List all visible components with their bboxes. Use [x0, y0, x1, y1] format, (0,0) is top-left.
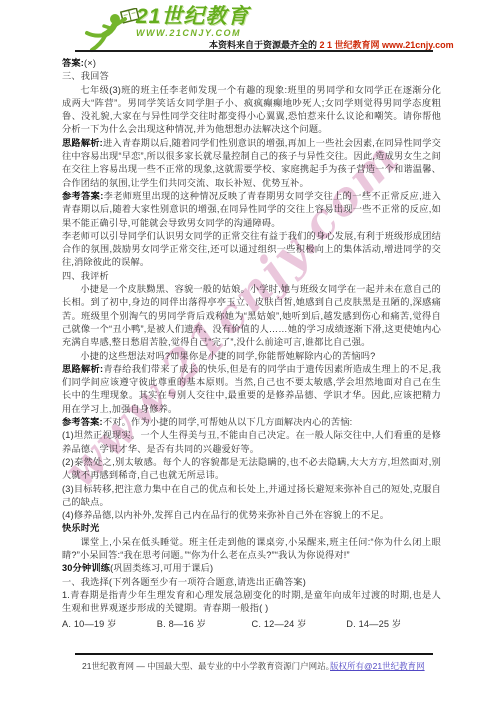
paragraph-text: (×) [84, 58, 96, 68]
paragraph-text: 一、我选择(下列各题至少有一项符合题意,请选出正确答案) [62, 577, 306, 587]
paragraph: 答案:(×) [62, 57, 441, 70]
paragraphs-host: 答案:(×)三、我回答七年级(3)班的班主任李老师发现一个有趣的现象:班里的男同… [62, 57, 441, 615]
paragraph-label: 参考答案: [62, 417, 103, 427]
paragraph: 思路解析:进入青春期以后,随着同学们性别意识的增强,再加上一些社会因素,在同异性… [62, 137, 441, 190]
paragraph-text: 四、我评析 [62, 271, 109, 281]
option-d: D. 14—25 岁 [346, 618, 441, 631]
footer-copyright-link[interactable]: 版权所有@21世纪教育网 [330, 660, 425, 672]
paragraph: 快乐时光 [62, 522, 441, 535]
document-body: 答案:(×)三、我回答七年级(3)班的班主任李老师发现一个有趣的现象:班里的男同… [62, 57, 441, 632]
paragraph: (2)泰然处之,别太敏感。每个人的容貌都是无法隐瞒的,也不必去隐瞒,大大方方,坦… [62, 456, 441, 483]
tagline-site-link[interactable]: 2 1 世纪教育网 www.21cnjy.com [320, 40, 454, 50]
paragraph-text: 青春给我们带来了成长的快乐,但是有的同学由于遗传因素所造成生理上的不足,我们同学… [62, 364, 441, 414]
paragraph: 1.青春期是指青少年生理发育和心理发展急剧变化的时期,是童年向成年过渡的时期,也… [62, 589, 441, 616]
paragraph: 参考答案:李老师班里出现的这种情况反映了青春期男女同学交往上的一些不正常反应,进… [62, 190, 441, 230]
paragraph: 30分钟训练(巩固类练习,可用于课后) [62, 562, 441, 575]
paragraph-label: 答案: [62, 58, 84, 68]
paragraph-label: 思路解析: [62, 364, 103, 374]
paragraph: (1)坦然正视现实。一个人生得美与丑,不能由自己决定。在一般人际交往中,人们看重… [62, 429, 441, 456]
paragraph-label: 参考答案: [62, 191, 104, 201]
paragraph-text: (1)坦然正视现实。一个人生得美与丑,不能由自己决定。在一般人际交往中,人们看重… [62, 430, 441, 453]
option-a: A. 10—19 岁 [62, 618, 157, 631]
paragraph: 思路解析:青春给我们带来了成长的快乐,但是有的同学由于遗传因素所造成生理上的不足… [62, 363, 441, 416]
option-b: B. 8—16 岁 [157, 618, 252, 631]
footer-site-info: 21世纪教育网 — 中国最大型、最专业的中小学教育资源门户网站。 [82, 660, 334, 672]
paragraph: (3)目标转移,把注意力集中在自己的优点和长处上,并通过扬长避短来弥补自己的短处… [62, 483, 441, 510]
choice-options-row: A. 10—19 岁 B. 8—16 岁 C. 12—24 岁 D. 14—25… [62, 618, 441, 631]
logo-text-block: 21世纪教育 www.21cnjy.com [136, 6, 249, 38]
paragraph: 课堂上,小呆在低头睡觉。班主任走到他的课桌旁,小呆醒来,班主任问:“你为什么闭上… [62, 536, 441, 563]
paragraph: 小捷是一个皮肤黝黑、容貌一般的姑娘。小学时,她与班级女同学在一起并未在意自己的长… [62, 283, 441, 349]
paragraph-text: 七年级(3)班的班主任李老师发现一个有趣的现象:班里的男同学和女同学正在逐渐分化… [62, 85, 441, 135]
paragraph-text: (2)泰然处之,别太敏感。每个人的容貌都是无法隐瞒的,也不必去隐瞒,大大方方,坦… [62, 457, 441, 480]
paragraph-text: 课堂上,小呆在低头睡觉。班主任走到他的课桌旁,小呆醒来,班主任问:“你为什么闭上… [62, 537, 441, 560]
paragraph-text: (4)修养品德,以内补外,发挥自己内在品行的优势来弥补自己外在容貌上的不足。 [62, 510, 389, 520]
paragraph-text: 不对。作为小捷的同学,可帮她从以下几方面解决内心的苦恼: [103, 417, 353, 427]
paragraph-text: 进入青春期以后,随着同学们性别意识的增强,再加上一些社会因素,在同异性同学交往中… [62, 138, 441, 188]
paragraph: 参考答案:不对。作为小捷的同学,可帮她从以下几方面解决内心的苦恼: [62, 416, 441, 429]
paragraph-text: 李老师班里出现的这种情况反映了青春期男女同学交往上的一些不正常反应,进入青春期以… [62, 191, 441, 228]
option-c: C. 12—24 岁 [252, 618, 347, 631]
header-divider [75, 50, 433, 52]
paragraph-label: 30分钟训练 [62, 563, 110, 573]
paragraph: 三、我回答 [62, 70, 441, 83]
paragraph-text: (3)目标转移,把注意力集中在自己的优点和长处上,并通过扬长避短来弥补自己的短处… [62, 484, 441, 507]
paragraph: 四、我评析 [62, 270, 441, 283]
paragraph-text: 小捷是一个皮肤黝黑、容貌一般的姑娘。小学时,她与班级女同学在一起并未在意自己的长… [62, 284, 441, 347]
paragraph-text: 小捷的这些想法对吗?如果你是小捷的同学,你能帮她解除内心的苦恼吗? [80, 351, 375, 361]
footer-divider [75, 653, 433, 655]
paragraph-text: 三、我回答 [62, 71, 109, 81]
logo-brand-text: 21世纪教育 [136, 6, 249, 28]
paragraph-text: 1.青春期是指青少年生理发育和心理发展急剧变化的时期,是童年向成年过渡的时期,也… [62, 590, 441, 613]
document-page: 21世纪教育 www.21cnjy.com 本资料来自于资源最齐全的 2 1 世… [0, 0, 500, 707]
logo-url-text: www.21cnjy.com [136, 28, 249, 38]
paragraph: 李老师可以引导同学们认识男女同学的正常交往有益于我们的身心发展,有利于班级形成团… [62, 230, 441, 270]
paragraph: 小捷的这些想法对吗?如果你是小捷的同学,你能帮她解除内心的苦恼吗? [62, 350, 441, 363]
paragraph: 一、我选择(下列各题至少有一项符合题意,请选出正确答案) [62, 576, 441, 589]
paragraph: (4)修养品德,以内补外,发挥自己内在品行的优势来弥补自己外在容貌上的不足。 [62, 509, 441, 522]
paragraph-label: 思路解析: [62, 138, 103, 148]
paragraph-text: (巩固类练习,可用于课后) [110, 563, 213, 573]
paragraph-text: 快乐时光 [62, 523, 100, 533]
paragraph: 七年级(3)班的班主任李老师发现一个有趣的现象:班里的男同学和女同学正在逐渐分化… [62, 84, 441, 137]
tagline-prefix: 本资料来自于资源最齐全的 [209, 40, 317, 50]
paragraph-text: 李老师可以引导同学们认识男女同学的正常交往有益于我们的身心发展,有利于班级形成团… [62, 231, 441, 268]
